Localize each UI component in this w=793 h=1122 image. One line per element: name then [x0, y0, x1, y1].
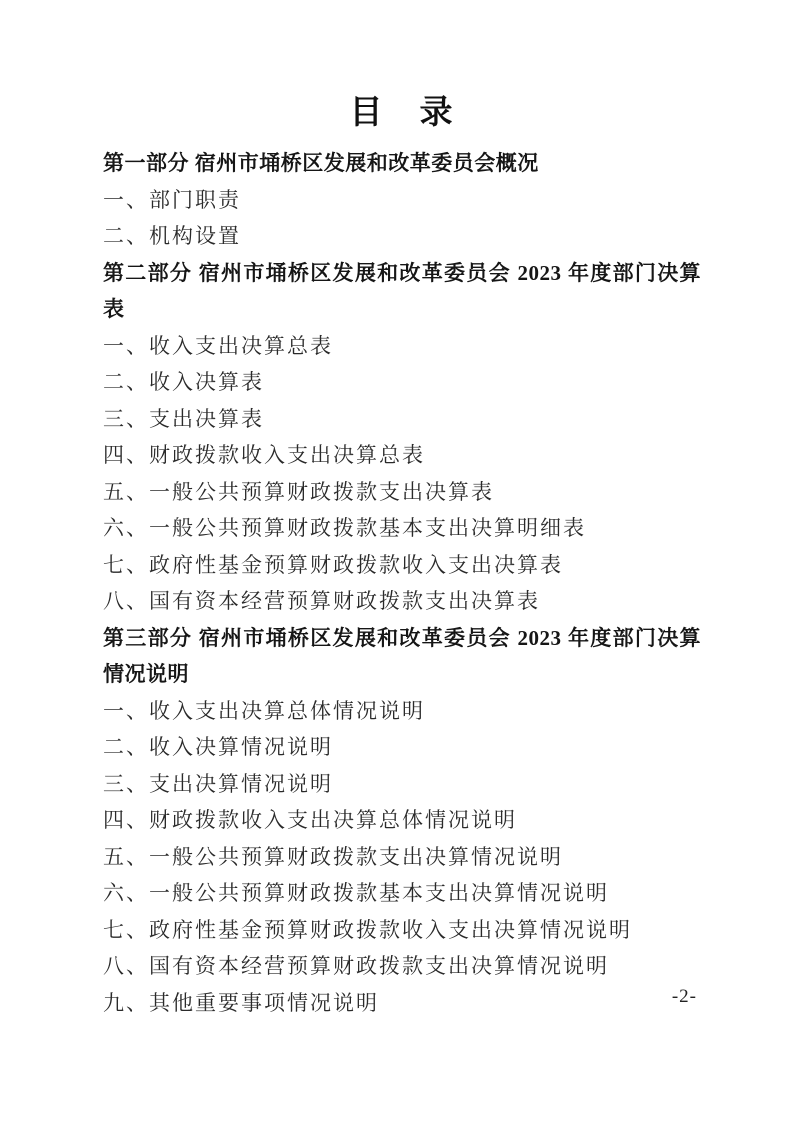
- toc-item: 八、国有资本经营预算财政拨款支出决算情况说明: [103, 948, 701, 985]
- toc-section-heading: 第二部分 宿州市埇桥区发展和改革委员会 2023 年度部门决算表: [103, 255, 701, 328]
- toc-section-2: 第二部分 宿州市埇桥区发展和改革委员会 2023 年度部门决算表 一、收入支出决…: [103, 255, 701, 620]
- toc-item: 六、一般公共预算财政拨款基本支出决算情况说明: [103, 875, 701, 912]
- toc-section-heading: 第一部分 宿州市埇桥区发展和改革委员会概况: [103, 145, 701, 182]
- toc-item: 九、其他重要事项情况说明: [103, 985, 701, 1022]
- toc-item: 一、收入支出决算总体情况说明: [103, 693, 701, 730]
- toc-item: 五、一般公共预算财政拨款支出决算表: [103, 474, 701, 511]
- toc-item: 一、收入支出决算总表: [103, 328, 701, 365]
- toc-item: 二、收入决算情况说明: [103, 729, 701, 766]
- toc-item: 一、部门职责: [103, 182, 701, 219]
- toc-item: 二、机构设置: [103, 218, 701, 255]
- toc-item: 二、收入决算表: [103, 364, 701, 401]
- toc-item: 六、一般公共预算财政拨款基本支出决算明细表: [103, 510, 701, 547]
- toc-item: 三、支出决算情况说明: [103, 766, 701, 803]
- toc-section-1: 第一部分 宿州市埇桥区发展和改革委员会概况 一、部门职责 二、机构设置: [103, 145, 701, 255]
- toc-item: 七、政府性基金预算财政拨款收入支出决算表: [103, 547, 701, 584]
- page-title: 目 录: [103, 95, 701, 131]
- page-number: -2-: [672, 986, 697, 1008]
- toc-content: 目 录 第一部分 宿州市埇桥区发展和改革委员会概况 一、部门职责 二、机构设置 …: [103, 95, 701, 1021]
- document-page: 目 录 第一部分 宿州市埇桥区发展和改革委员会概况 一、部门职责 二、机构设置 …: [0, 0, 793, 1122]
- toc-item: 四、财政拨款收入支出决算总表: [103, 437, 701, 474]
- toc-item: 三、支出决算表: [103, 401, 701, 438]
- toc-item: 七、政府性基金预算财政拨款收入支出决算情况说明: [103, 912, 701, 949]
- toc-item: 五、一般公共预算财政拨款支出决算情况说明: [103, 839, 701, 876]
- toc-item: 四、财政拨款收入支出决算总体情况说明: [103, 802, 701, 839]
- toc-section-heading: 第三部分 宿州市埇桥区发展和改革委员会 2023 年度部门决算情况说明: [103, 620, 701, 693]
- toc-item: 八、国有资本经营预算财政拨款支出决算表: [103, 583, 701, 620]
- toc-section-3: 第三部分 宿州市埇桥区发展和改革委员会 2023 年度部门决算情况说明 一、收入…: [103, 620, 701, 1022]
